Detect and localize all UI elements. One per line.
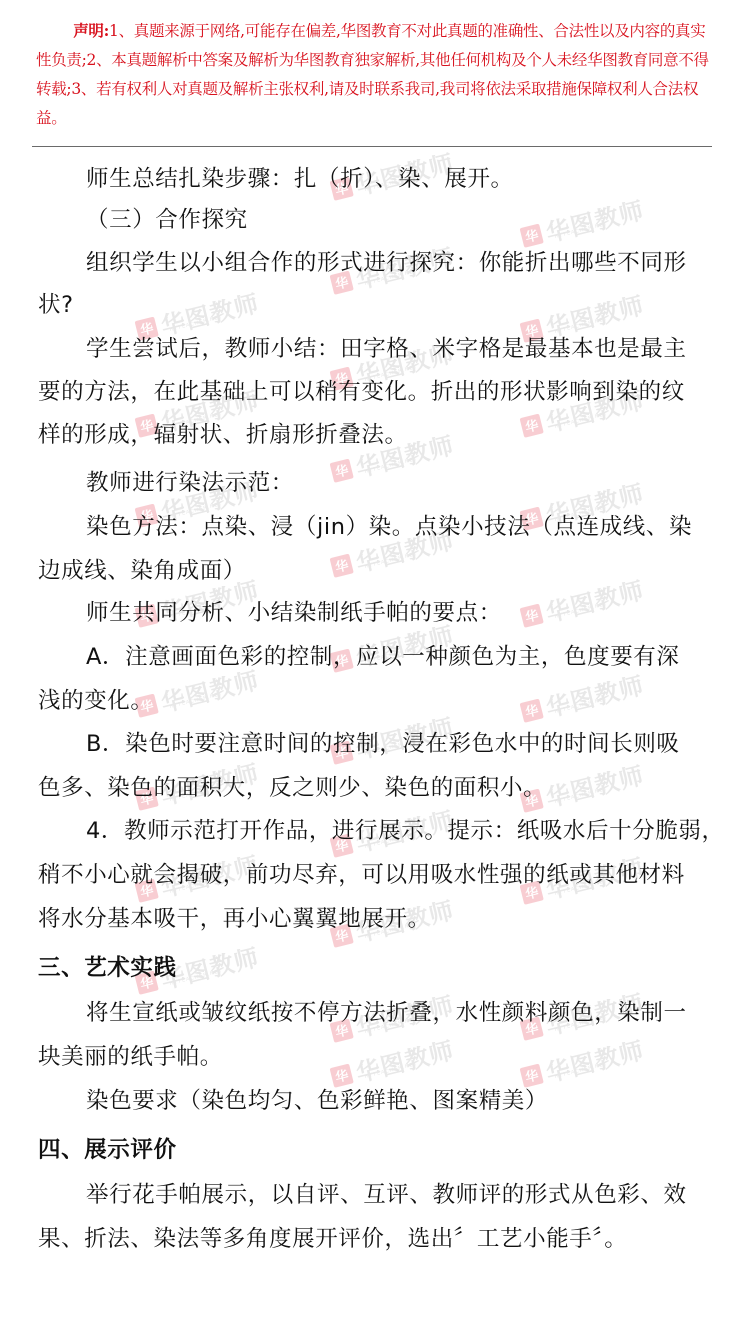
disclaimer-label: 声明:: [73, 21, 109, 40]
text-line: 师生总结扎染步骤：扎（折）、染、展开。: [86, 164, 514, 194]
watermark-logo-icon: 华: [329, 553, 353, 577]
watermark-text: 华图教师: [542, 755, 647, 813]
disclaimer-notice: 声明:1、真题来源于网络,可能存在偏差,华图教育不对此真题的准确性、合法性以及内…: [36, 16, 712, 133]
text-line: 学生尝试后，教师小结：田字格、米字格是最基本也是最主: [86, 334, 687, 364]
section-heading: 三、艺术实践: [38, 953, 177, 983]
watermark-subtext: HTTEACHER.NET: [554, 1061, 608, 1080]
watermark: 华华图教师HTTEACHER.NET: [518, 190, 648, 254]
text-line: 4．教师示范打开作品，进行展示。提示：纸吸水后十分脆弱，: [86, 816, 725, 846]
watermark: 华华图教师HTTEACHER.NET: [328, 1030, 458, 1094]
watermark-subtext: HTTEACHER.NET: [364, 551, 418, 570]
watermark-subtext: HTTEACHER.NET: [554, 411, 608, 430]
watermark-subtext: HTTEACHER.NET: [554, 316, 608, 335]
disclaimer-text: 1、真题来源于网络,可能存在偏差,华图教育不对此真题的准确性、合法性以及内容的真…: [36, 22, 709, 127]
watermark-text: 华图教师: [542, 190, 647, 248]
watermark-subtext: HTTEACHER.NET: [554, 696, 608, 715]
watermark-logo-icon: 华: [519, 413, 543, 437]
text-line: 教师进行染法示范：: [86, 468, 294, 498]
header-divider: [32, 146, 712, 147]
watermark-text: 华图教师: [157, 283, 262, 341]
text-line: 组织学生以小组合作的形式进行探究：你能折出哪些不同形: [86, 248, 687, 278]
text-line: 色多、染色的面积大，反之则少、染色的面积小。: [38, 773, 546, 803]
watermark-logo-icon: 华: [329, 1063, 353, 1087]
text-line: 边成线、染角成面）: [38, 556, 246, 586]
watermark: 华华图教师HTTEACHER.NET: [518, 570, 648, 634]
watermark-text: 华图教师: [352, 1030, 457, 1088]
watermark-subtext: HTTEACHER.NET: [554, 221, 608, 240]
text-line: B．染色时要注意时间的控制，浸在彩色水中的时间长则吸: [86, 729, 680, 759]
watermark-subtext: HTTEACHER.NET: [554, 601, 608, 620]
text-line: 师生共同分析、小结染制纸手帕的要点：: [86, 598, 502, 628]
watermark-subtext: HTTEACHER.NET: [169, 968, 223, 987]
watermark-text: 华图教师: [542, 570, 647, 628]
text-line: 果、折法、染法等多角度展开评价，选出〞工艺小能手〞。: [38, 1224, 627, 1254]
text-line: 将生宣纸或皱纹纸按不停方法折叠，水性颜料颜色，染制一: [86, 998, 687, 1028]
watermark-logo-icon: 华: [329, 458, 353, 482]
watermark-subtext: HTTEACHER.NET: [364, 1061, 418, 1080]
text-line: 浅的变化。: [38, 686, 154, 716]
text-line: 染色方法：点染、浸（jin）染。点染小技法（点连成线、染: [86, 512, 692, 542]
watermark-text: 华图教师: [542, 1030, 647, 1088]
watermark-subtext: HTTEACHER.NET: [169, 314, 223, 333]
text-line: 要的方法，在此基础上可以稍有变化。折出的形状影响到染的纹: [38, 377, 685, 407]
text-line: 稍不小心就会揭破，前功尽弃，可以用吸水性强的纸或其他材料: [38, 860, 685, 890]
watermark-logo-icon: 华: [519, 603, 543, 627]
watermark-subtext: HTTEACHER.NET: [554, 786, 608, 805]
text-line: 举行花手帕展示，以自评、互评、教师评的形式从色彩、效: [86, 1180, 687, 1210]
text-line: A．注意画面色彩的控制，应以一种颜色为主，色度要有深: [86, 642, 680, 672]
watermark-logo-icon: 华: [519, 698, 543, 722]
watermark-logo-icon: 华: [519, 223, 543, 247]
section-heading: 四、展示评价: [38, 1135, 177, 1165]
text-line: 块美丽的纸手帕。: [38, 1042, 223, 1072]
watermark: 华华图教师HTTEACHER.NET: [518, 1030, 648, 1094]
text-line: （三）合作探究: [86, 205, 248, 235]
text-line: 染色要求（染色均匀、色彩鲜艳、图案精美）: [86, 1086, 548, 1116]
text-line: 将水分基本吸干，再小心翼翼地展开。: [38, 904, 431, 934]
watermark-text: 华图教师: [542, 665, 647, 723]
text-line: 样的形成，辐射状、折扇形折叠法。: [38, 420, 408, 450]
watermark-subtext: HTTEACHER.NET: [169, 691, 223, 710]
watermark-logo-icon: 华: [519, 1063, 543, 1087]
watermark-subtext: HTTEACHER.NET: [364, 456, 418, 475]
text-line: 状?: [38, 290, 74, 320]
watermark: 华华图教师HTTEACHER.NET: [518, 665, 648, 729]
